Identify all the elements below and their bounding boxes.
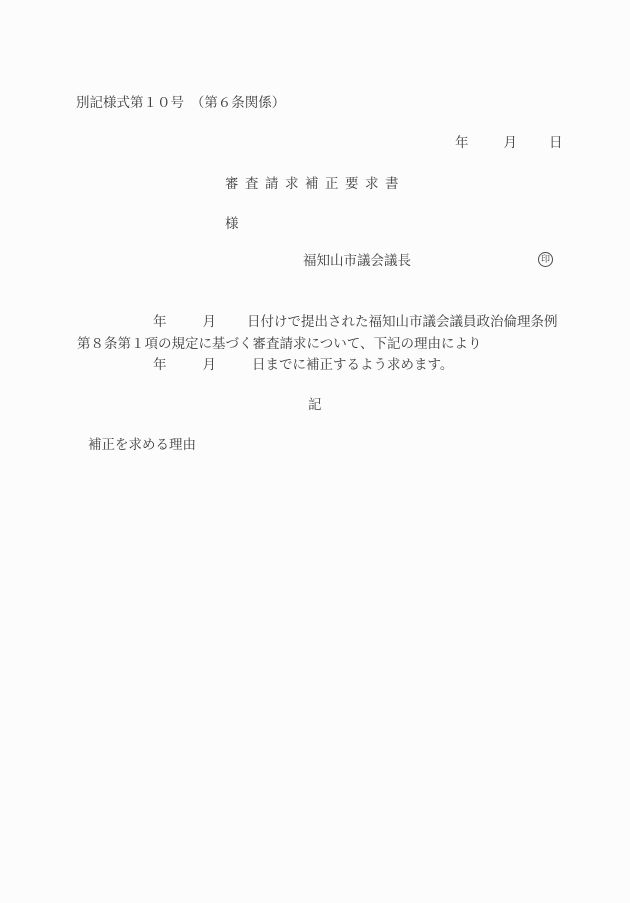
inkan-seal-icon: 印 <box>538 252 553 267</box>
day-label: 日 <box>549 135 563 150</box>
body-line-1-text: 日付けで提出された福知山市議会議員政治倫理条例 <box>247 314 558 329</box>
reason-label: 補正を求める理由 <box>88 437 196 453</box>
body-line-2: 第８条第１項の規定に基づく審査請求について、下記の理由により <box>77 336 481 352</box>
body-line-3: 年月日までに補正するよう求めます。 <box>153 357 453 373</box>
addressee-sama-label: 様 <box>225 216 239 232</box>
document-title: 審査請求補正要求書 <box>225 176 405 192</box>
form-number: 別記様式第１０号 （第６条関係） <box>76 95 285 111</box>
year-label: 年 <box>153 314 167 329</box>
month-label: 月 <box>504 135 518 150</box>
month-label: 月 <box>203 357 217 372</box>
document-page: 別記様式第１０号 （第６条関係） 年月日 審査請求補正要求書 様 福知山市議会議… <box>0 0 630 903</box>
seal-label: 印 <box>541 255 550 264</box>
sender-title: 福知山市議会議長 <box>303 253 411 269</box>
year-label: 年 <box>455 135 469 150</box>
body-line-1: 年月日付けで提出された福知山市議会議員政治倫理条例 <box>153 314 558 330</box>
date-line: 年月日 <box>455 135 563 151</box>
ki-heading: 記 <box>308 397 322 413</box>
year-label: 年 <box>153 357 167 372</box>
body-line-3-text: 日までに補正するよう求めます。 <box>252 357 453 372</box>
month-label: 月 <box>203 314 217 329</box>
